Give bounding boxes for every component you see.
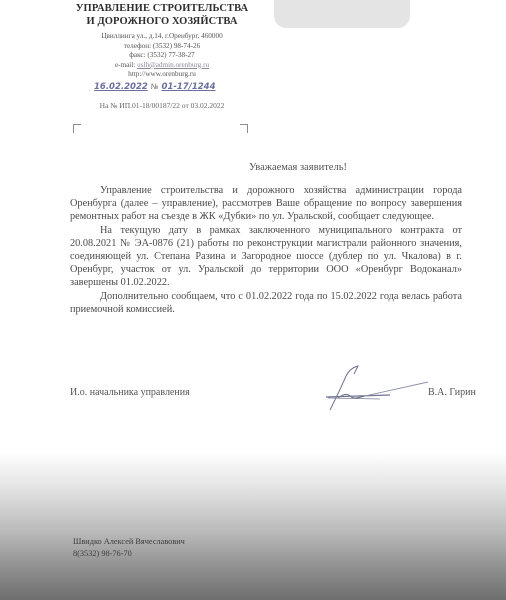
in-reply-reference: На № ИП.01-18/00187/22 от 03.02.2022 [62,101,262,110]
executor-block: Швидко Алексей Вячеславович 8(3532) 98-7… [73,536,185,559]
letter-page: УПРАВЛЕНИЕ СТРОИТЕЛЬСТВА И ДОРОЖНОГО ХОЗ… [0,0,506,600]
org-title-line-2: И ДОРОЖНОГО ХОЗЯЙСТВА [62,15,262,28]
address: Цвиллинга ул., д.14, г.Оренбург, 460000 [62,32,262,42]
handwritten-date: 16.02.2022 [94,82,148,92]
email-link[interactable]: uslh@admin.orenburg.ru [137,61,209,69]
bottom-shadow-gradient [0,452,506,600]
fax: факс: (3532) 77-38-27 [62,51,262,61]
contact-block: Цвиллинга ул., д.14, г.Оренбург, 460000 … [62,32,262,80]
registration-number: 16.02.2022 № 01-17/1244 [94,82,244,92]
website-link[interactable]: http://www.orenburg.ru [62,70,262,80]
salutation: Уважаемая заявитель! [0,162,506,173]
paragraph-1: Управление строительства и дорожного хоз… [70,184,462,224]
signer-position: И.о. начальника управления [70,387,190,398]
email-line: e-mail: uslh@admin.orenburg.ru [62,61,262,71]
paragraph-2: На текущую дату в рамках заключенного му… [70,224,462,290]
number-sign: № [151,82,159,91]
redaction-box [274,0,410,28]
organization-title: УПРАВЛЕНИЕ СТРОИТЕЛЬСТВА И ДОРОЖНОГО ХОЗ… [62,2,262,28]
signature-icon [316,362,434,412]
address-bracket-right [240,124,248,133]
executor-phone: 8(3532) 98-76-70 [73,548,185,560]
phone: телефон: (3532) 98-74-26 [62,42,262,52]
letter-body: Управление строительства и дорожного хоз… [70,184,462,316]
org-title-line-1: УПРАВЛЕНИЕ СТРОИТЕЛЬСТВА [62,2,262,15]
handwritten-number: 01-17/1244 [162,82,216,92]
paragraph-3: Дополнительно сообщаем, что с 01.02.2022… [70,290,462,316]
signer-name: В.А. Гирин [428,387,476,398]
executor-name: Швидко Алексей Вячеславович [73,536,185,548]
email-label: e-mail: [115,61,135,69]
address-bracket-left [73,124,81,133]
